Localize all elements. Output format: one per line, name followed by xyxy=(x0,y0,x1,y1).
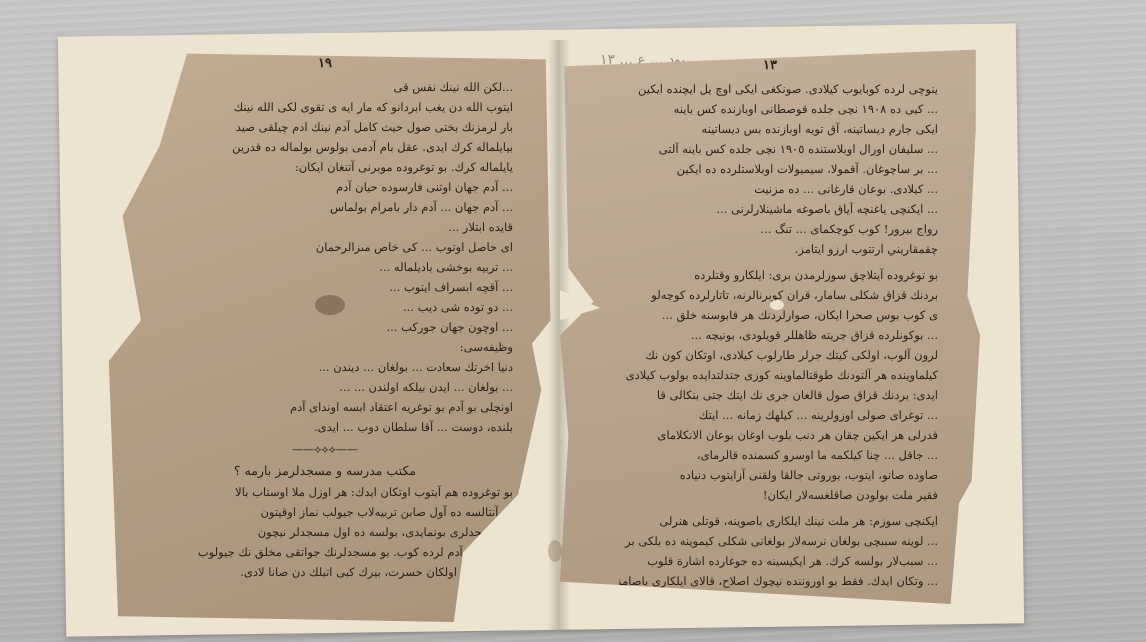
section-heading: مكتب مدرسه و مسجدلرمز بارمه ؟ xyxy=(95,463,555,478)
text-line: ... جاقل ... چنا كيلكمه ما اوسرو كسمنده … xyxy=(592,445,938,465)
text-line: دنيا اخرتك سعادت ... بولغان ... ديندن ..… xyxy=(127,357,513,377)
text-line: كيلماوينده هر آلتودنك طوقتالماوينه كوزى … xyxy=(592,365,938,385)
text-line: صاوده صانو، ايتوب، بوروتى جالقا ولقنى آز… xyxy=(592,465,938,485)
text-line: ... لوينه سببچى بولغان نرسه‌لار بولغانى … xyxy=(592,531,938,551)
text-line: بو توغروده آيتلاچق سوزلرمدن برى: ايلكارو… xyxy=(592,265,938,285)
text-line: ايكى جارم ديساتينه، آق تويه اوبازنده بس … xyxy=(592,119,938,139)
text-line: ... سليفان اورال اوبلاستنده ١٩٠٥ نچى جلد… xyxy=(592,139,938,159)
text-line: ايكنچى سوزم: هر ملت نينك ايلكارى باصوينه… xyxy=(592,511,938,531)
text-line: ... تربيه بوخشى باديلماله ... xyxy=(127,257,513,277)
text-line: بلنده، دوست ... آقا سلطان دوب ... ايدى. xyxy=(127,417,513,437)
text-line: ...لكن الله نينك نفس قى xyxy=(127,77,513,97)
text-line: ... ايكنچى ياغنچه آياق باصوغه ماشينلارلر… xyxy=(592,199,938,219)
text-line: بار لرمزنك بختى صول حيث كامل آدم نينك اد… xyxy=(127,117,513,137)
text-line: ... آدم جهان اوتنى فارسوده حيان آدم xyxy=(127,177,513,197)
text-line: ... بوكونلرده قزاق جريته ظاهللر قويلودى،… xyxy=(592,325,938,345)
text-line: ... كيلادى. بوعان قارغانى ... ده مزنيت xyxy=(592,179,938,199)
text-line: ... كيى ده ١٩٠٨ نچى جلده قوصطانى اوبازند… xyxy=(592,99,938,119)
paper-stain xyxy=(315,295,345,315)
text-line: ... آقچه ابسراف ايتوب ... xyxy=(127,277,513,297)
right-paragraph-2: بو توغروده آيتلاچق سوزلرمدن برى: ايلكارو… xyxy=(560,265,980,505)
text-line: ... آدم جهان ... آدم دار بامرام بولماس xyxy=(127,197,513,217)
text-line: ايدى: بردنك قزاق صول قالغان جرى نك ايتك … xyxy=(592,385,938,405)
text-line: فقير ملت بولودن صاقلغسه‌لار ايكان! xyxy=(592,485,938,505)
section-heading: وظيفه‌سى: xyxy=(127,337,513,357)
text-line: ... آنتالسه ده آول صابن تربيه‌لاب جيولب … xyxy=(127,502,513,522)
text-line: ... بلمكان آدم لرده كوب. بو مسجدلرنك جوا… xyxy=(127,542,513,562)
text-line: اى حاصل اوتوب ... كى خاص مىزالرحمان xyxy=(127,237,513,257)
text-line: يايلماله كرك. بو توغروده موبرنى آتنغان ا… xyxy=(127,157,513,177)
text-line: اوقومالرى، اولكان حسرت، بيرك كبى اتيلك د… xyxy=(127,562,513,582)
text-line: لرون آلوب، اولكى كيتك جرلر طارلوب كيلادى… xyxy=(592,345,938,365)
text-line: ... سبب‌لار بولسه كرك. هر ايكيسينه ده جو… xyxy=(592,551,938,571)
text-line: بيايلماله كرك ايدى. عقل بام آدمى بولوس ب… xyxy=(127,137,513,157)
text-line: قايده ابتلار ... xyxy=(127,217,513,237)
right-page: ١٣ ينوچى لرده كوبايوب كيلادى. صونكغى ايك… xyxy=(560,44,980,604)
text-line: ... بر ساچوغان. آقمولا، سيميولات اوبلاست… xyxy=(592,159,938,179)
paper-stain xyxy=(548,540,562,562)
paper-hole xyxy=(770,300,784,310)
ornamental-divider: ——⟡⟡⟡—— xyxy=(95,443,555,457)
text-line: قدرلى هر ايكين چقان هر دنب بلوب اوغان بو… xyxy=(592,425,938,445)
text-line: ... توغراى صولى اوزولرينه ... كيلهك زمان… xyxy=(592,405,938,425)
text-line: چقمقاريني ارتتوب ارزو ايتامز. xyxy=(592,239,938,259)
left-section-2: وظيفه‌سى: دنيا اخرتك سعادت ... بولغان ..… xyxy=(95,337,555,437)
text-line: ينوچى لرده كوبايوب كيلادى. صونكغى ايكى ا… xyxy=(592,79,938,99)
text-line: ايتوب الله دن يغب ابردانو كه مار ايه ى ت… xyxy=(127,97,513,117)
text-line: ... اوچون جهان جوركب ... xyxy=(127,317,513,337)
text-line: ... بولغان ... ايدن بيلكه اولندن ... ... xyxy=(127,377,513,397)
text-line: ى كوب بوس صحرا ايكان، صوارلردنك هر قابوس… xyxy=(592,305,938,325)
text-line: اونچلى بو آدم بو توغريه اعتقاد ابسه اوند… xyxy=(127,397,513,417)
right-paragraph-1: ينوچى لرده كوبايوب كيلادى. صونكغى ايكى ا… xyxy=(560,79,980,259)
right-paragraph-3: ايكنچى سوزم: هر ملت نينك ايلكارى باصوينه… xyxy=(560,511,980,591)
text-line: ... مسجدلرى بونمايدى، بولسه ده اول مسجدل… xyxy=(127,522,513,542)
text-line: بردنك قزاق شكلى سامار، قران كوبرنالرنه، … xyxy=(592,285,938,305)
text-line: رواج بيرور! كوب كوچكماى ... تنگ ... xyxy=(592,219,938,239)
text-line: بو توغروده هم آيتوب اوتكان ايدك: هر اوزل… xyxy=(127,482,513,502)
